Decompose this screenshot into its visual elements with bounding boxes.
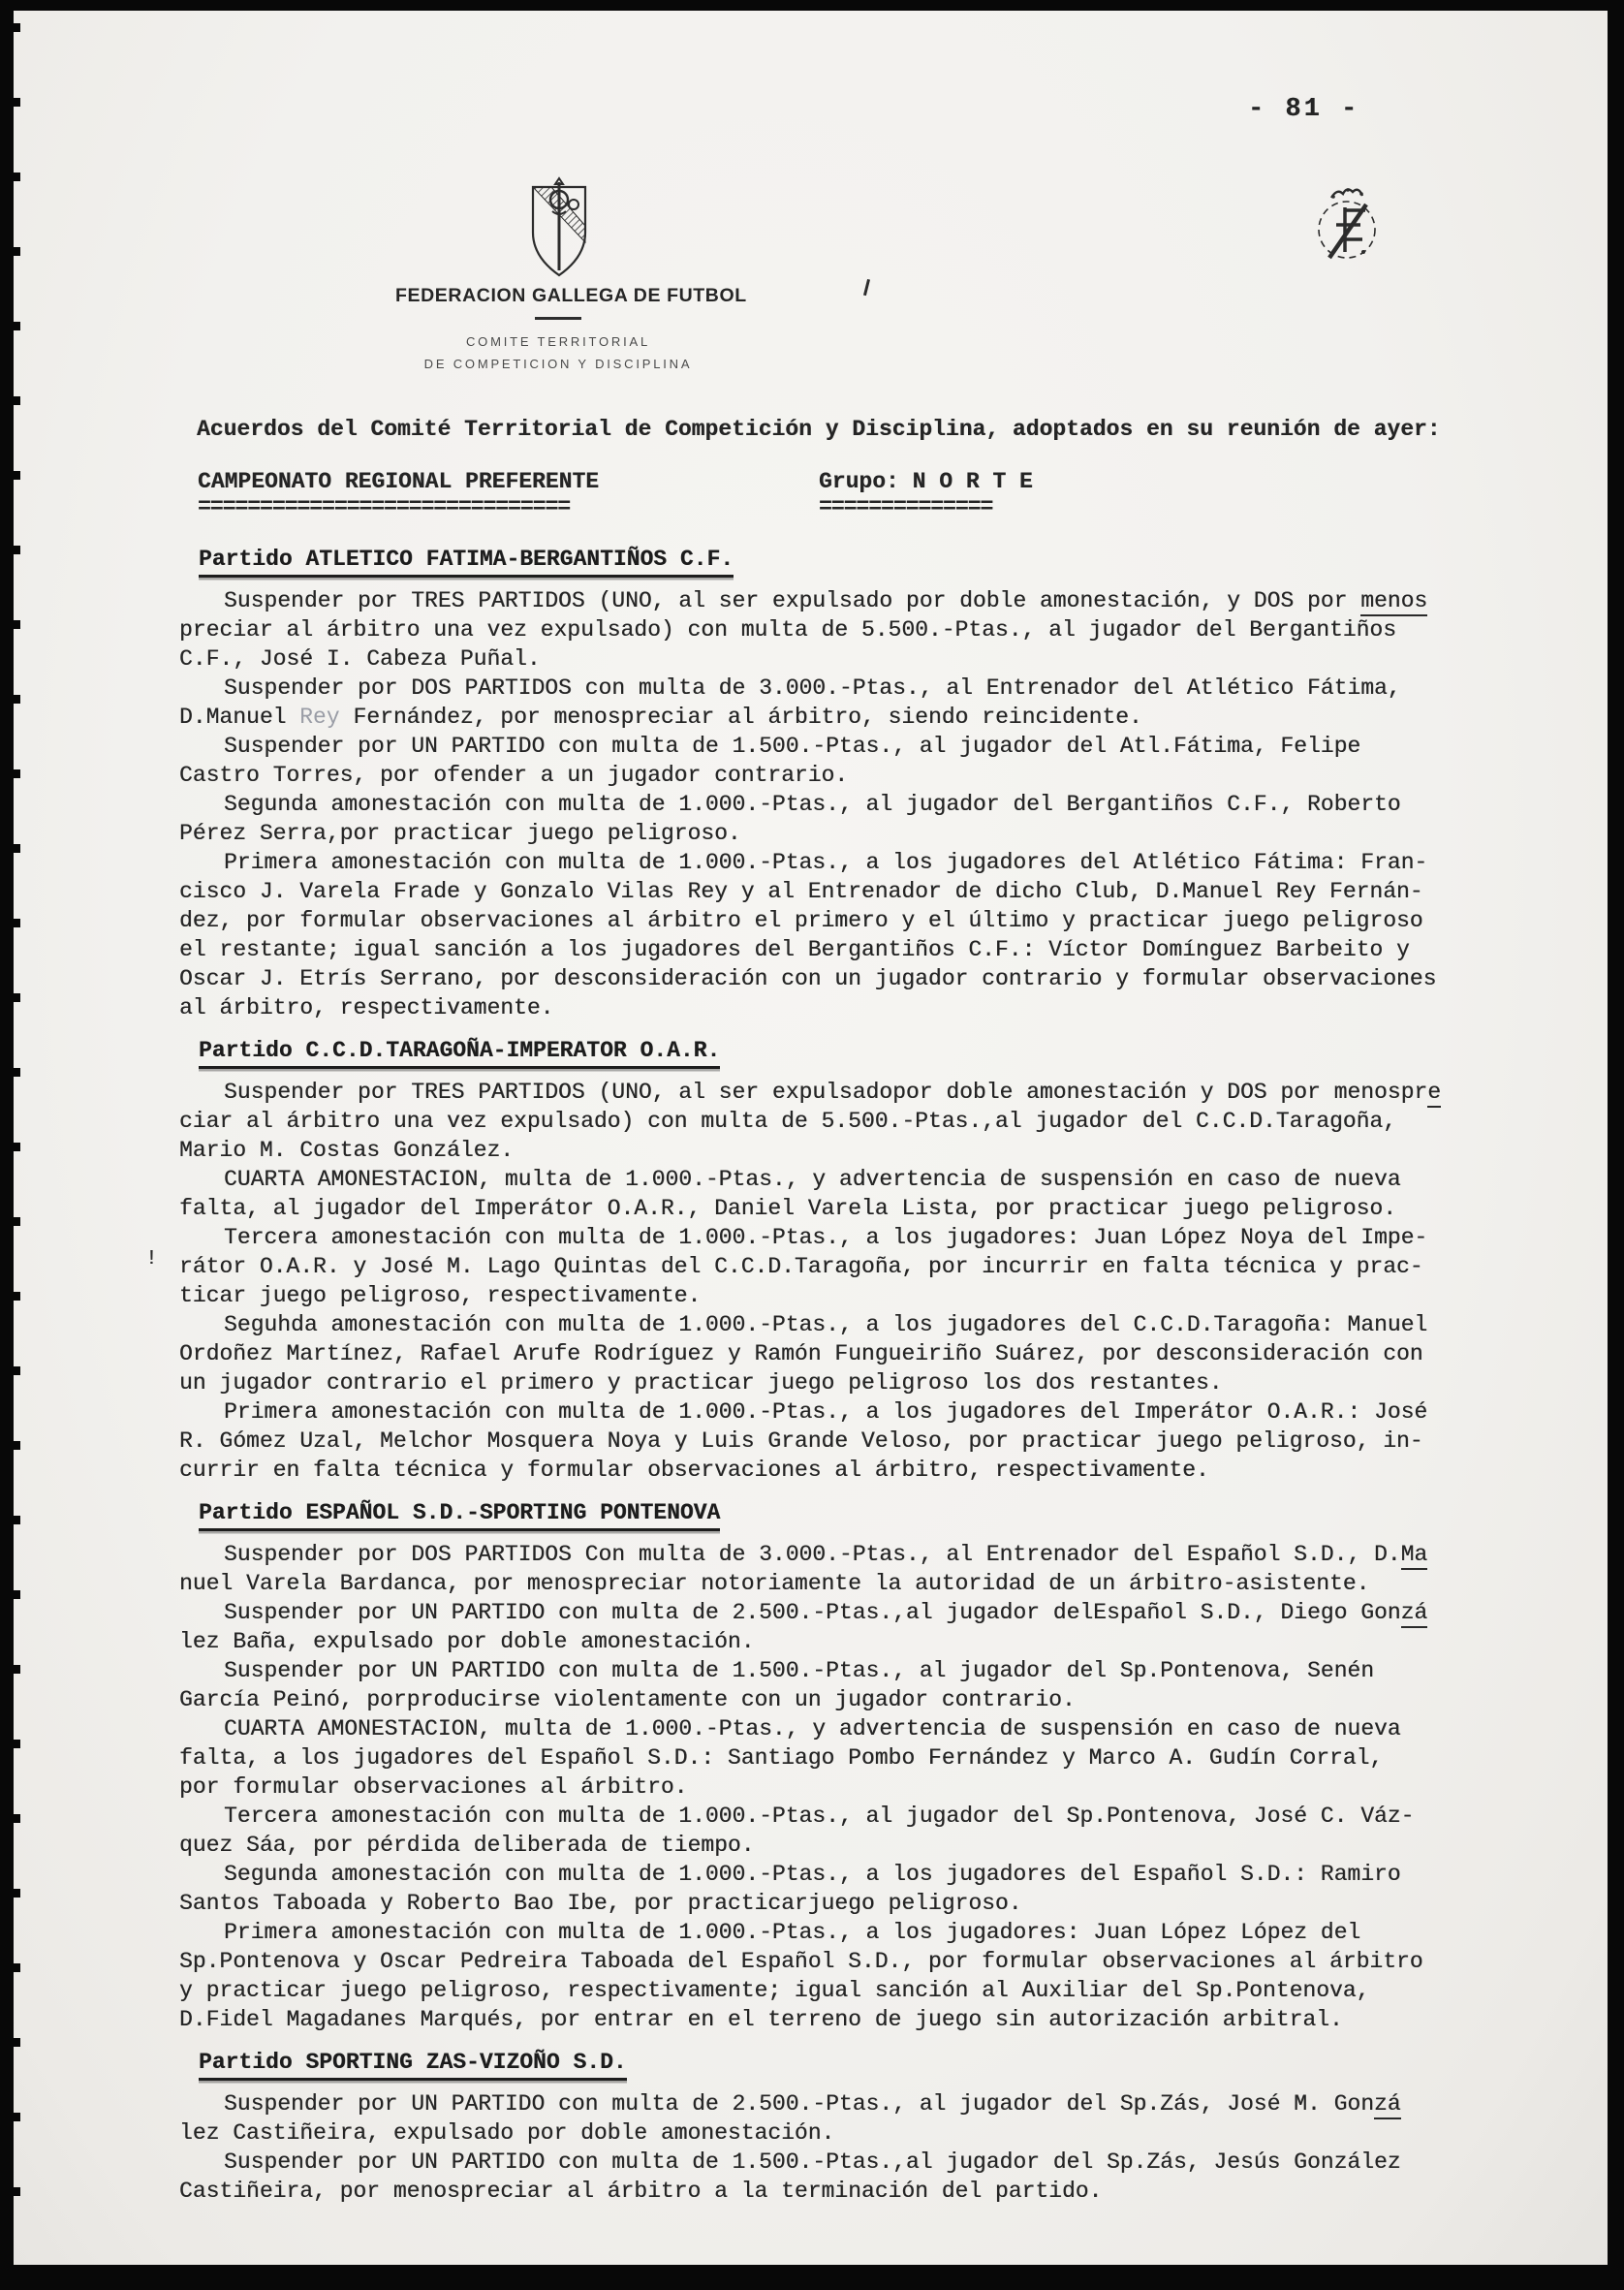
competition-title-rule: ============================== bbox=[198, 494, 570, 519]
text-segment: falta, al jugador del Imperátor O.A.R., … bbox=[179, 1196, 1396, 1221]
document-line: currir en falta técnica y formular obser… bbox=[179, 1456, 1546, 1485]
document-line: Primera amonestación con multa de 1.000.… bbox=[179, 1397, 1546, 1427]
underlined-word-break: zá bbox=[1374, 2091, 1401, 2119]
match-section: Partido ESPAÑOL S.D.-SPORTING PONTENOVAS… bbox=[179, 1500, 1546, 2034]
text-segment: y practicar juego peligroso, respectivam… bbox=[179, 1978, 1369, 2003]
match-section: Partido SPORTING ZAS-VIZOÑO S.D.Suspende… bbox=[179, 2050, 1546, 2206]
match-heading: Partido SPORTING ZAS-VIZOÑO S.D. bbox=[199, 2050, 1546, 2081]
underlined-word-break: zá bbox=[1401, 1600, 1428, 1628]
document-line: falta, al jugador del Imperátor O.A.R., … bbox=[179, 1194, 1546, 1223]
document-line: dez, por formular observaciones al árbit… bbox=[179, 906, 1546, 935]
document-line: Primera amonestación con multa de 1.000.… bbox=[179, 848, 1546, 877]
scan-border-top bbox=[0, 0, 1624, 11]
document-line: Suspender por DOS PARTIDOS Con multa de … bbox=[179, 1540, 1546, 1569]
document-line: un jugador contrario el primero y practi… bbox=[179, 1368, 1546, 1397]
text-segment: un jugador contrario el primero y practi… bbox=[179, 1370, 1223, 1396]
text-segment: Segunda amonestación con multa de 1.000.… bbox=[224, 1862, 1401, 1887]
document-line: Santos Taboada y Roberto Bao Ibe, por pr… bbox=[179, 1889, 1546, 1918]
text-segment: Tercera amonestación con multa de 1.000.… bbox=[224, 1804, 1414, 1829]
galician-federation-shield-icon bbox=[526, 176, 592, 286]
document-line: rátor O.A.R. y José M. Lago Quintas del … bbox=[179, 1252, 1546, 1281]
document-line: lez Castiñeira, expulsado por doble amon… bbox=[179, 2118, 1546, 2148]
text-segment: ciar al árbitro una vez expulsado) con m… bbox=[179, 1109, 1396, 1134]
intro-text: Acuerdos del Comité Territorial de Compe… bbox=[197, 417, 1441, 442]
text-segment: Suspender por DOS PARTIDOS con multa de … bbox=[224, 675, 1401, 701]
text-segment: Suspender por UN PARTIDO con multa de 1.… bbox=[224, 2149, 1401, 2175]
text-segment: Sp.Pontenova y Oscar Pedreira Taboada de… bbox=[179, 1949, 1423, 1974]
document-line: Suspender por TRES PARTIDOS (UNO, al ser… bbox=[179, 1078, 1546, 1107]
text-segment: Santos Taboada y Roberto Bao Ibe, por pr… bbox=[179, 1891, 1022, 1916]
document-line: cisco J. Varela Frade y Gonzalo Vilas Re… bbox=[179, 877, 1546, 906]
text-segment: Segunda amonestación con multa de 1.000.… bbox=[224, 792, 1401, 817]
document-line: Suspender por UN PARTIDO con multa de 2.… bbox=[179, 2089, 1546, 2118]
document-line: Ordoñez Martínez, Rafael Arufe Rodríguez… bbox=[179, 1339, 1546, 1368]
document-line: CUARTA AMONESTACION, multa de 1.000.-Pta… bbox=[179, 1165, 1546, 1194]
text-segment: Primera amonestación con multa de 1.000.… bbox=[224, 850, 1427, 875]
text-segment: nuel Varela Bardanca, por menospreciar n… bbox=[179, 1571, 1369, 1596]
underlined-word-break: e bbox=[1427, 1080, 1441, 1108]
text-segment: Seguhda amonestación con multa de 1.000.… bbox=[224, 1312, 1427, 1337]
document-line: nuel Varela Bardanca, por menospreciar n… bbox=[179, 1569, 1546, 1598]
text-segment: Pérez Serra,por practicar juego peligros… bbox=[179, 821, 741, 846]
match-section: Partido C.C.D.TARAGOÑA-IMPERATOR O.A.R.S… bbox=[179, 1038, 1546, 1485]
document-line: D.Manuel Rey Fernández, por menospreciar… bbox=[179, 703, 1546, 732]
document-line: ciar al árbitro una vez expulsado) con m… bbox=[179, 1107, 1546, 1136]
document-line: por formular observaciones al árbitro. bbox=[179, 1772, 1546, 1802]
document-line: Suspender por UN PARTIDO con multa de 2.… bbox=[179, 1598, 1546, 1627]
document-line: Tercera amonestación con multa de 1.000.… bbox=[179, 1223, 1546, 1252]
text-segment: Suspender por UN PARTIDO con multa de 2.… bbox=[224, 1600, 1401, 1625]
match-section: Partido ATLETICO FATIMA-BERGANTIÑOS C.F.… bbox=[179, 547, 1546, 1022]
document-line: Sp.Pontenova y Oscar Pedreira Taboada de… bbox=[179, 1947, 1546, 1976]
text-segment: CUARTA AMONESTACION, multa de 1.000.-Pta… bbox=[224, 1716, 1401, 1741]
document-line: C.F., José I. Cabeza Puñal. bbox=[179, 644, 1546, 674]
committee-line2: DE COMPETICION Y DISCIPLINA bbox=[395, 353, 721, 375]
competition-title: CAMPEONATO REGIONAL PREFERENTE bbox=[198, 469, 599, 494]
scan-border-right bbox=[1608, 0, 1624, 2290]
document-line: Suspender por DOS PARTIDOS con multa de … bbox=[179, 674, 1546, 703]
document-line: al árbitro, respectivamente. bbox=[179, 993, 1546, 1022]
text-segment: preciar al árbitro una vez expulsado) co… bbox=[179, 617, 1396, 643]
text-segment: Castro Torres, por ofender a un jugador … bbox=[179, 763, 848, 788]
document-line: D.Fidel Magadanes Marqués, por entrar en… bbox=[179, 2005, 1546, 2034]
text-segment: cisco J. Varela Frade y Gonzalo Vilas Re… bbox=[179, 879, 1423, 904]
text-segment: el restante; igual sanción a los jugador… bbox=[179, 937, 1410, 962]
text-segment: D.Fidel Magadanes Marqués, por entrar en… bbox=[179, 2007, 1343, 2032]
text-segment: por formular observaciones al árbitro. bbox=[179, 1774, 688, 1800]
text-segment: Suspender por UN PARTIDO con multa de 2.… bbox=[224, 2091, 1374, 2117]
match-heading: Partido ATLETICO FATIMA-BERGANTIÑOS C.F. bbox=[199, 547, 1546, 578]
text-segment: ticar juego peligroso, respectivamente. bbox=[179, 1283, 701, 1308]
text-segment: Oscar J. Etrís Serrano, por desconsidera… bbox=[179, 966, 1436, 991]
competition-group: Grupo: N O R T E bbox=[819, 469, 1033, 494]
text-segment: Suspender por TRES PARTIDOS (UNO, al ser… bbox=[224, 588, 1360, 613]
text-segment: García Peinó, porproducirse violentament… bbox=[179, 1687, 1076, 1712]
text-segment: Suspender por UN PARTIDO con multa de 1.… bbox=[224, 734, 1360, 759]
scan-artifact-mark: ! bbox=[145, 1248, 158, 1270]
document-line: Suspender por UN PARTIDO con multa de 1.… bbox=[179, 2148, 1546, 2177]
document-line: García Peinó, porproducirse violentament… bbox=[179, 1685, 1546, 1714]
document-line: Seguhda amonestación con multa de 1.000.… bbox=[179, 1310, 1546, 1339]
document-line: el restante; igual sanción a los jugador… bbox=[179, 935, 1546, 964]
text-segment: quez Sáa, por pérdida deliberada de tiem… bbox=[179, 1833, 755, 1858]
text-segment: Suspender por TRES PARTIDOS (UNO, al ser… bbox=[224, 1080, 1427, 1105]
text-segment: dez, por formular observaciones al árbit… bbox=[179, 908, 1423, 933]
scan-border-left bbox=[0, 0, 14, 2290]
document-line: R. Gómez Uzal, Melchor Mosquera Noya y L… bbox=[179, 1427, 1546, 1456]
match-heading-text: Partido ATLETICO FATIMA-BERGANTIÑOS C.F. bbox=[199, 547, 734, 578]
document-line: y practicar juego peligroso, respectivam… bbox=[179, 1976, 1546, 2005]
document-line: Pérez Serra,por practicar juego peligros… bbox=[179, 819, 1546, 848]
match-heading-text: Partido C.C.D.TARAGOÑA-IMPERATOR O.A.R. bbox=[199, 1038, 720, 1069]
document-line: Tercera amonestación con multa de 1.000.… bbox=[179, 1802, 1546, 1831]
document-line: ticar juego peligroso, respectivamente. bbox=[179, 1281, 1546, 1310]
faint-text: Rey bbox=[299, 705, 339, 730]
scan-border-bottom bbox=[0, 2265, 1624, 2290]
document-line: Mario M. Costas González. bbox=[179, 1136, 1546, 1165]
text-segment: lez Castiñeira, expulsado por doble amon… bbox=[179, 2120, 834, 2146]
text-segment: Primera amonestación con multa de 1.000.… bbox=[224, 1920, 1360, 1945]
document-line: Suspender por UN PARTIDO con multa de 1.… bbox=[179, 732, 1546, 761]
match-heading: Partido ESPAÑOL S.D.-SPORTING PONTENOVA bbox=[199, 1500, 1546, 1531]
text-segment: CUARTA AMONESTACION, multa de 1.000.-Pta… bbox=[224, 1167, 1401, 1192]
document-line: lez Baña, expulsado por doble amonestaci… bbox=[179, 1627, 1546, 1656]
text-segment: Castiñeira, por menospreciar al árbitro … bbox=[179, 2179, 1102, 2204]
document-line: Suspender por TRES PARTIDOS (UNO, al ser… bbox=[179, 586, 1546, 615]
document-line: Castiñeira, por menospreciar al árbitro … bbox=[179, 2177, 1546, 2206]
document-line: Suspender por UN PARTIDO con multa de 1.… bbox=[179, 1656, 1546, 1685]
text-segment: Ordoñez Martínez, Rafael Arufe Rodríguez… bbox=[179, 1341, 1423, 1366]
text-segment: Primera amonestación con multa de 1.000.… bbox=[224, 1399, 1427, 1425]
scan-artifact-slash bbox=[863, 279, 870, 296]
document-line: Oscar J. Etrís Serrano, por desconsidera… bbox=[179, 964, 1546, 993]
text-segment: D.Manuel bbox=[179, 705, 299, 730]
document-line: quez Sáa, por pérdida deliberada de tiem… bbox=[179, 1831, 1546, 1860]
scanned-document-page: - 81 - bbox=[0, 0, 1624, 2290]
text-segment: R. Gómez Uzal, Melchor Mosquera Noya y L… bbox=[179, 1428, 1423, 1454]
match-heading-text: Partido SPORTING ZAS-VIZOÑO S.D. bbox=[199, 2050, 627, 2081]
text-segment: C.F., José I. Cabeza Puñal. bbox=[179, 646, 541, 672]
match-heading: Partido C.C.D.TARAGOÑA-IMPERATOR O.A.R. bbox=[199, 1038, 1546, 1069]
document-line: falta, a los jugadores del Español S.D.:… bbox=[179, 1743, 1546, 1772]
text-segment: Tercera amonestación con multa de 1.000.… bbox=[224, 1225, 1427, 1250]
document-line: CUARTA AMONESTACION, multa de 1.000.-Pta… bbox=[179, 1714, 1546, 1743]
page-number: - 81 - bbox=[1248, 95, 1359, 124]
text-segment: currir en falta técnica y formular obser… bbox=[179, 1458, 1209, 1483]
scan-edge-ticks bbox=[14, 23, 20, 2252]
underlined-word-break: Ma bbox=[1401, 1542, 1428, 1570]
text-segment: lez Baña, expulsado por doble amonestaci… bbox=[179, 1629, 755, 1654]
letterhead: FEDERACION GALLEGA DE FUTBOL COMITE TERR… bbox=[395, 285, 721, 375]
federation-crest-icon bbox=[1310, 178, 1384, 272]
document-line: Segunda amonestación con multa de 1.000.… bbox=[179, 790, 1546, 819]
text-segment: falta, a los jugadores del Español S.D.:… bbox=[179, 1745, 1383, 1771]
text-segment: rátor O.A.R. y José M. Lago Quintas del … bbox=[179, 1254, 1423, 1279]
underlined-word-break: menos bbox=[1360, 588, 1427, 616]
document-line: Primera amonestación con multa de 1.000.… bbox=[179, 1918, 1546, 1947]
text-segment: Suspender por DOS PARTIDOS Con multa de … bbox=[224, 1542, 1401, 1567]
text-segment: Suspender por UN PARTIDO con multa de 1.… bbox=[224, 1658, 1374, 1683]
org-name: FEDERACION GALLEGA DE FUTBOL bbox=[395, 285, 721, 307]
competition-group-rule: ============== bbox=[819, 494, 992, 519]
document-line: Segunda amonestación con multa de 1.000.… bbox=[179, 1860, 1546, 1889]
letterhead-divider bbox=[535, 317, 581, 320]
document-line: Castro Torres, por ofender a un jugador … bbox=[179, 761, 1546, 790]
sections: Partido ATLETICO FATIMA-BERGANTIÑOS C.F.… bbox=[179, 531, 1546, 2206]
committee-line1: COMITE TERRITORIAL bbox=[395, 330, 721, 353]
text-segment: Fernández, por menospreciar al árbitro, … bbox=[340, 705, 1142, 730]
document-line: preciar al árbitro una vez expulsado) co… bbox=[179, 615, 1546, 644]
text-segment: al árbitro, respectivamente. bbox=[179, 995, 553, 1020]
match-heading-text: Partido ESPAÑOL S.D.-SPORTING PONTENOVA bbox=[199, 1500, 720, 1531]
text-segment: Mario M. Costas González. bbox=[179, 1138, 514, 1163]
